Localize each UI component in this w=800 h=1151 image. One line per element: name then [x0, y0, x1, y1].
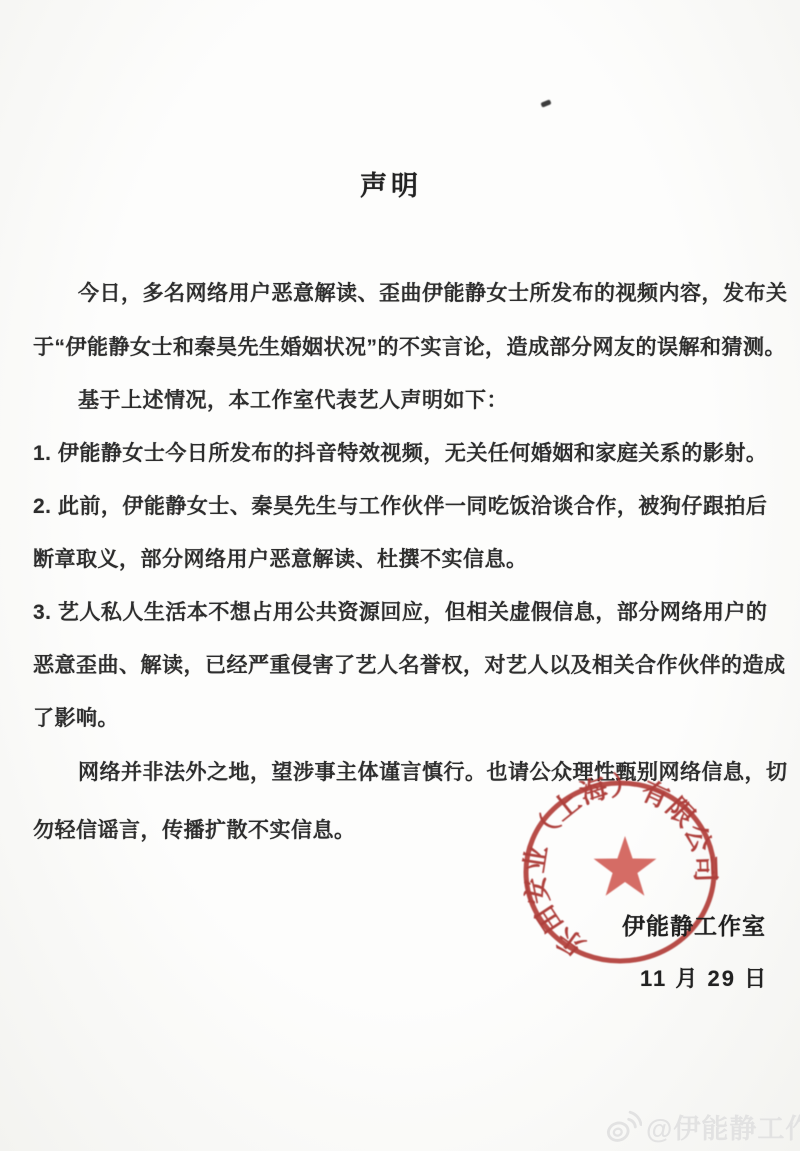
statement-line: 今日，多名网络用户恶意解读、歪曲伊能静女士所发布的视频内容，发布关	[78, 277, 788, 307]
statement-date: 11 月 29 日	[640, 962, 768, 993]
statement-item-3: 3. 艺人私人生活本不想占用公共资源回应，但相关虚假信息，部分网络用户的	[33, 596, 767, 626]
company-seal-stamp: 乐田安业（上海）有限公司	[510, 762, 730, 982]
signature-studio-name: 伊能静工作室	[622, 908, 766, 941]
page-title: 声明	[360, 164, 422, 203]
weibo-watermark: @伊能静工作室	[604, 1106, 800, 1146]
statement-item-3-cont: 恶意歪曲、解读，已经严重侵害了艺人名誉权，对艺人以及相关合作伙伴的造成	[33, 649, 786, 679]
photo-speck-mark	[540, 99, 551, 107]
statement-line: 勿轻信谣言，传播扩散不实信息。	[33, 814, 356, 844]
weibo-logo-icon	[604, 1107, 642, 1145]
statement-document: 声明 今日，多名网络用户恶意解读、歪曲伊能静女士所发布的视频内容，发布关 于“伊…	[0, 0, 800, 1151]
statement-item-2: 2. 此前，伊能静女士、秦昊先生与工作伙伴一同吃饭洽谈合作，被狗仔跟拍后	[33, 490, 767, 520]
watermark-handle: @伊能静工作室	[646, 1107, 800, 1146]
statement-line: 于“伊能静女士和秦昊先生婚姻状况”的不实言论，造成部分网友的误解和猜测。	[33, 331, 786, 361]
statement-item-2-cont: 断章取义，部分网络用户恶意解读、杜撰不实信息。	[33, 543, 528, 573]
statement-line: 基于上述情况，本工作室代表艺人声明如下：	[78, 384, 508, 414]
statement-item-1: 1. 伊能静女士今日所发布的抖音特效视频，无关任何婚姻和家庭关系的影射。	[33, 437, 767, 467]
statement-item-3-cont: 了影响。	[33, 702, 119, 732]
seal-star-icon	[594, 836, 657, 896]
